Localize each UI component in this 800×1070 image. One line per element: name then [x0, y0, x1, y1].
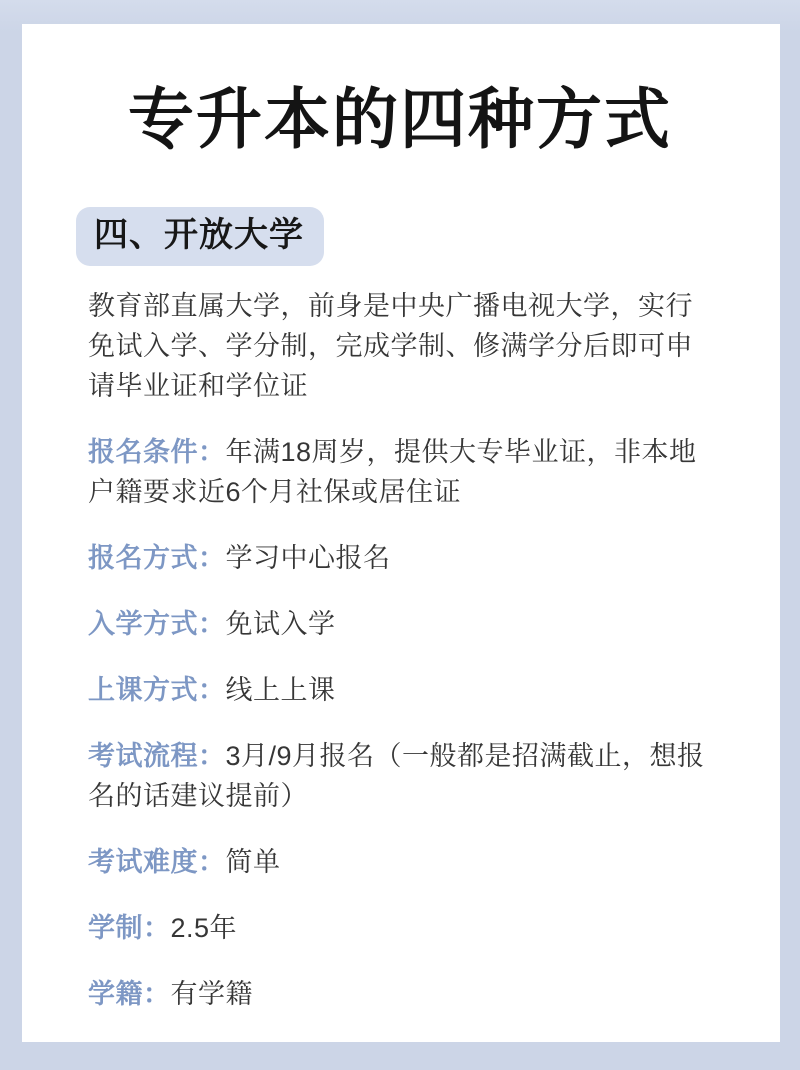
poster-title: 专升本的四种方式 [88, 82, 712, 157]
info-item-study-duration: 学制：2.5年 [88, 908, 712, 948]
info-item-label: 报名方式： [88, 543, 226, 573]
info-item-label: 考试难度： [88, 847, 226, 877]
info-item-class-mode: 上课方式：线上上课 [88, 670, 712, 710]
info-item-value: 简单 [226, 847, 281, 877]
info-item-exam-difficulty: 考试难度：简单 [88, 842, 712, 882]
section-badge-row: 四、开放大学 [88, 157, 712, 266]
info-item-label: 上课方式： [88, 675, 226, 705]
info-item-signup-conditions: 报名条件：年满18周岁，提供大专毕业证，非本地户籍要求近6个月社保或居住证 [88, 432, 712, 512]
info-item-label: 报名条件： [88, 437, 226, 467]
info-item-label: 学制： [88, 913, 171, 943]
info-item-label: 考试流程： [88, 741, 226, 771]
info-item-value: 有学籍 [171, 979, 254, 1009]
section-badge: 四、开放大学 [76, 207, 324, 266]
info-item-student-status: 学籍：有学籍 [88, 974, 712, 1014]
poster-background: 专升本的四种方式 四、开放大学 教育部直属大学，前身是中央广播电视大学，实行免试… [0, 0, 800, 1070]
content-card: 专升本的四种方式 四、开放大学 教育部直属大学，前身是中央广播电视大学，实行免试… [22, 24, 780, 1042]
info-item-value: 免试入学 [226, 609, 336, 639]
info-item-label: 入学方式： [88, 609, 226, 639]
info-item-admission-method: 入学方式：免试入学 [88, 604, 712, 644]
info-item-value: 学习中心报名 [226, 543, 391, 573]
info-item-signup-method: 报名方式：学习中心报名 [88, 538, 712, 578]
info-item-exam-process: 考试流程：3月/9月报名（一般都是招满截止，想报名的话建议提前） [88, 736, 712, 816]
info-item-value: 线上上课 [226, 675, 336, 705]
intro-paragraph: 教育部直属大学，前身是中央广播电视大学，实行免试入学、学分制，完成学制、修满学分… [88, 286, 712, 406]
info-item-label: 学籍： [88, 979, 171, 1009]
info-item-value: 2.5年 [171, 913, 238, 943]
